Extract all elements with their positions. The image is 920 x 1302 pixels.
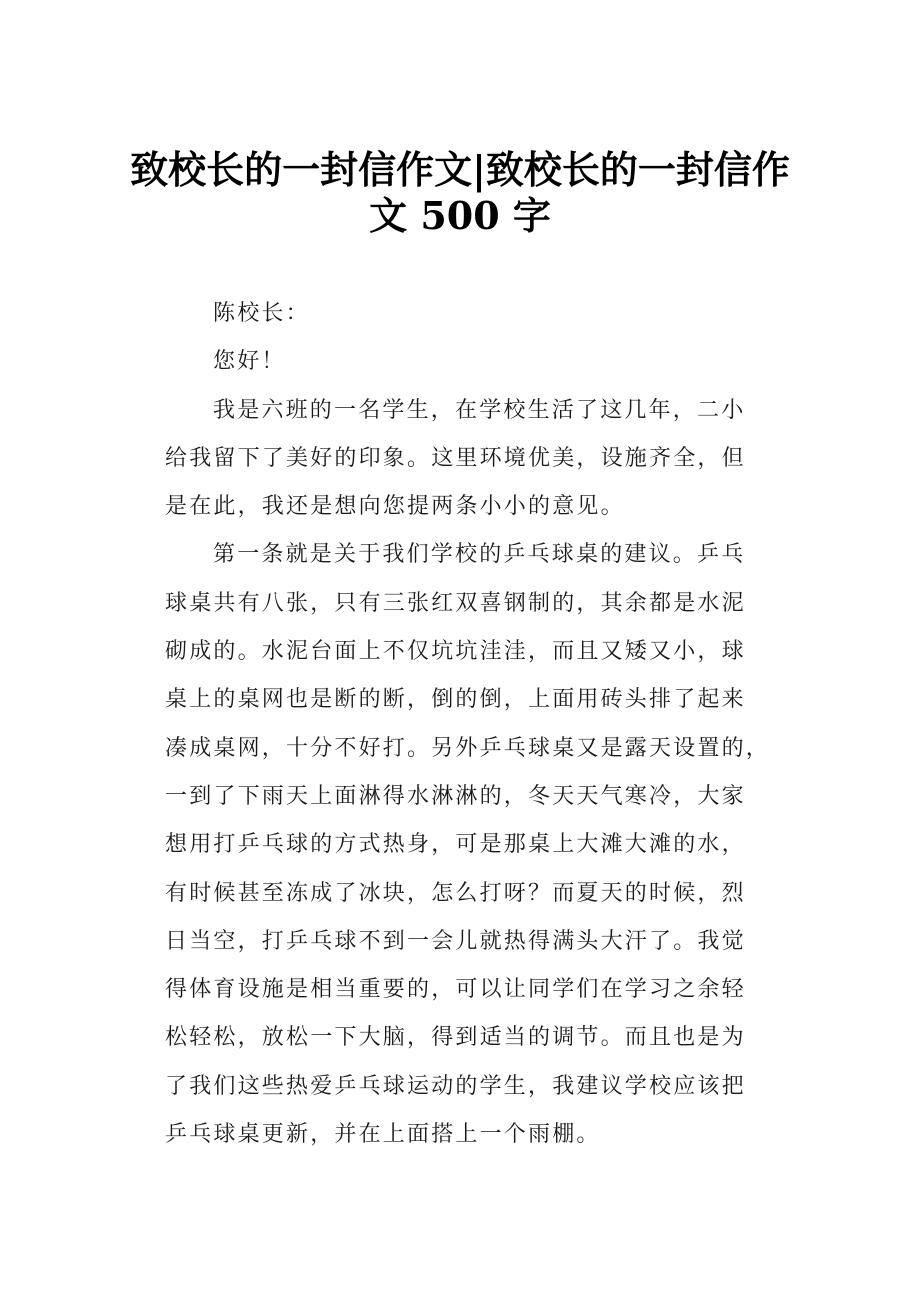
salutation: 陈校长： (165, 290, 765, 338)
body-text-line: 有时候甚至冻成了冰块，怎么打呀？而夏天的时候，烈 (165, 870, 765, 918)
greeting: 您好！ (165, 338, 765, 386)
body-text-line: 球桌共有八张，只有三张红双喜钢制的，其余都是水泥 (165, 580, 765, 628)
document-title: 致校长的一封信作文|致校长的一封信作 文 500 字 (0, 147, 920, 239)
body-text-line: 桌上的桌网也是断的断，倒的倒，上面用砖头排了起来 (165, 676, 765, 724)
title-line-1: 致校长的一封信作文|致校长的一封信作 (0, 147, 920, 193)
body-text-line: 第一条就是关于我们学校的乒乓球桌的建议。乒乓 (165, 531, 765, 579)
title-line-2: 文 500 字 (0, 193, 920, 239)
body-text-line: 得体育设施是相当重要的，可以让同学们在学习之余轻 (165, 966, 765, 1014)
body-text-line: 给我留下了美好的印象。这里环境优美，设施齐全，但 (165, 435, 765, 483)
body-text-line: 一到了下雨天上面淋得水淋淋的，冬天天气寒冷，大家 (165, 773, 765, 821)
body-text-line: 了我们这些热爱乒乓球运动的学生，我建议学校应该把 (165, 1063, 765, 1111)
body-text-line: 是在此，我还是想向您提两条小小的意见。 (165, 483, 765, 531)
body-text-line: 日当空，打乒乓球不到一会儿就热得满头大汗了。我觉 (165, 918, 765, 966)
body-text-line: 砌成的。水泥台面上不仅坑坑洼洼，而且又矮又小，球 (165, 628, 765, 676)
letter-body: 陈校长：您好！我是六班的一名学生，在学校生活了这几年，二小给我留下了美好的印象。… (165, 290, 765, 1159)
body-text-line: 松轻松，放松一下大脑，得到适当的调节。而且也是为 (165, 1014, 765, 1062)
body-text-line: 乒乓球桌更新，并在上面搭上一个雨棚。 (165, 1111, 765, 1159)
body-text-line: 想用打乒乓球的方式热身，可是那桌上大滩大滩的水， (165, 821, 765, 869)
body-text-line: 我是六班的一名学生，在学校生活了这几年，二小 (165, 387, 765, 435)
body-text-line: 凑成桌网，十分不好打。另外乒乓球桌又是露天设置的， (165, 725, 765, 773)
